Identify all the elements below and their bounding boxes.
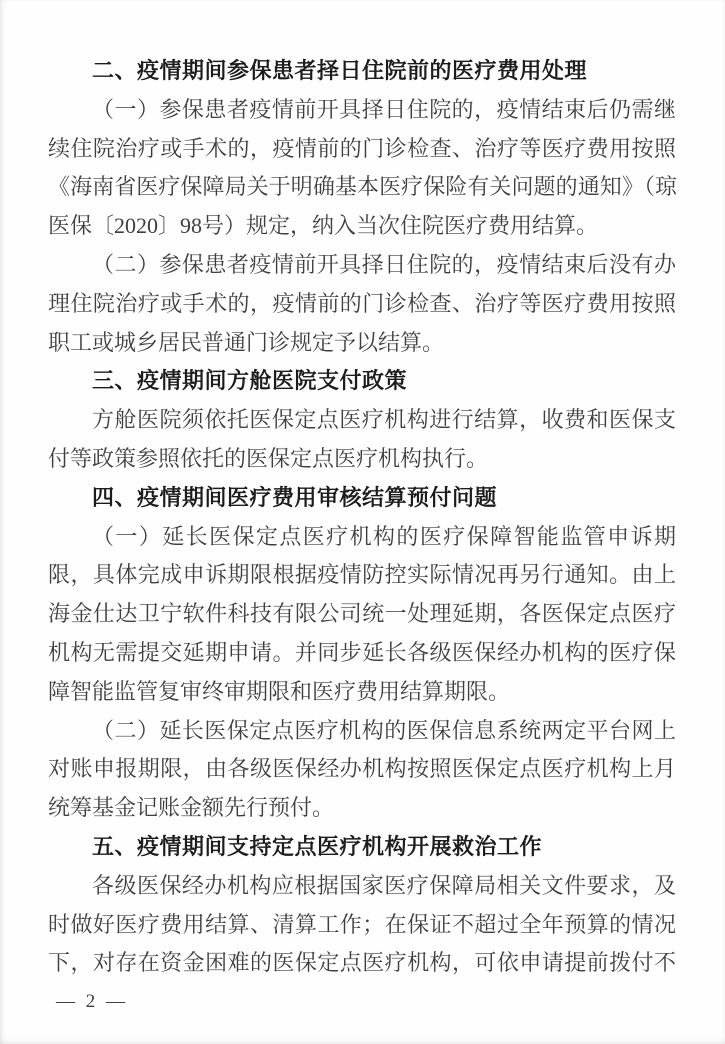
paragraph-line: 时做好医疗费用结算、清算工作；在保证不超过全年预算的情况: [48, 906, 676, 945]
paragraph-line: 对账申报期限，由各级医保经办机构按照医保定点医疗机构上月: [48, 750, 676, 789]
paragraph-line: 下，对存在资金困难的医保定点医疗机构，可依申请提前拨付不: [48, 944, 676, 983]
section-heading-2: 二、疫情期间参保患者择日住院前的医疗费用处理: [48, 52, 676, 91]
paragraph-line: 障智能监管复审终审期限和医疗费用结算期限。: [48, 673, 676, 712]
paragraph-line: 限，具体完成申诉期限根据疫情防控实际情况再另行通知。由上: [48, 556, 676, 595]
scanned-document-page: 二、疫情期间参保患者择日住院前的医疗费用处理 （一）参保患者疫情前开具择日住院的…: [0, 0, 725, 1044]
section-heading-4: 四、疫情期间医疗费用审核结算预付问题: [48, 479, 676, 518]
paragraph-line: 付等政策参照依托的医保定点医疗机构执行。: [48, 440, 676, 479]
paragraph-line: 医保〔2020〕98号）规定，纳入当次住院医疗费用结算。: [48, 207, 676, 246]
paragraph-line: （一）参保患者疫情前开具择日住院的，疫情结束后仍需继: [48, 91, 676, 130]
paragraph-line: 机构无需提交延期申请。并同步延长各级医保经办机构的医疗保: [48, 634, 676, 673]
paragraph-line: 统筹基金记账金额先行预付。: [48, 789, 676, 828]
paragraph-line: 海金仕达卫宁软件科技有限公司统一处理延期，各医保定点医疗: [48, 595, 676, 634]
paragraph-line: 方舱医院须依托医保定点医疗机构进行结算，收费和医保支: [48, 401, 676, 440]
section-heading-3: 三、疫情期间方舱医院支付政策: [48, 362, 676, 401]
paragraph-line: 续住院治疗或手术的，疫情前的门诊检查、治疗等医疗费用按照: [48, 130, 676, 169]
document-text-block: 二、疫情期间参保患者择日住院前的医疗费用处理 （一）参保患者疫情前开具择日住院的…: [48, 52, 676, 983]
paragraph-line: （二）参保患者疫情前开具择日住院的，疫情结束后没有办: [48, 246, 676, 285]
paragraph-line: （一）延长医保定点医疗机构的医疗保障智能监管申诉期: [48, 518, 676, 557]
paragraph-line: 各级医保经办机构应根据国家医疗保障局相关文件要求，及: [48, 867, 676, 906]
paragraph-line: 职工或城乡居民普通门诊规定予以结算。: [48, 324, 676, 363]
paragraph-line: （二）延长医保定点医疗机构的医保信息系统两定平台网上: [48, 712, 676, 751]
paragraph-line: 理住院治疗或手术的，疫情前的门诊检查、治疗等医疗费用按照: [48, 285, 676, 324]
section-heading-5: 五、疫情期间支持定点医疗机构开展救治工作: [48, 828, 676, 867]
paragraph-line: 《海南省医疗保障局关于明确基本医疗保险有关问题的通知》（琼: [48, 168, 676, 207]
page-number: — 2 —: [56, 988, 128, 1016]
